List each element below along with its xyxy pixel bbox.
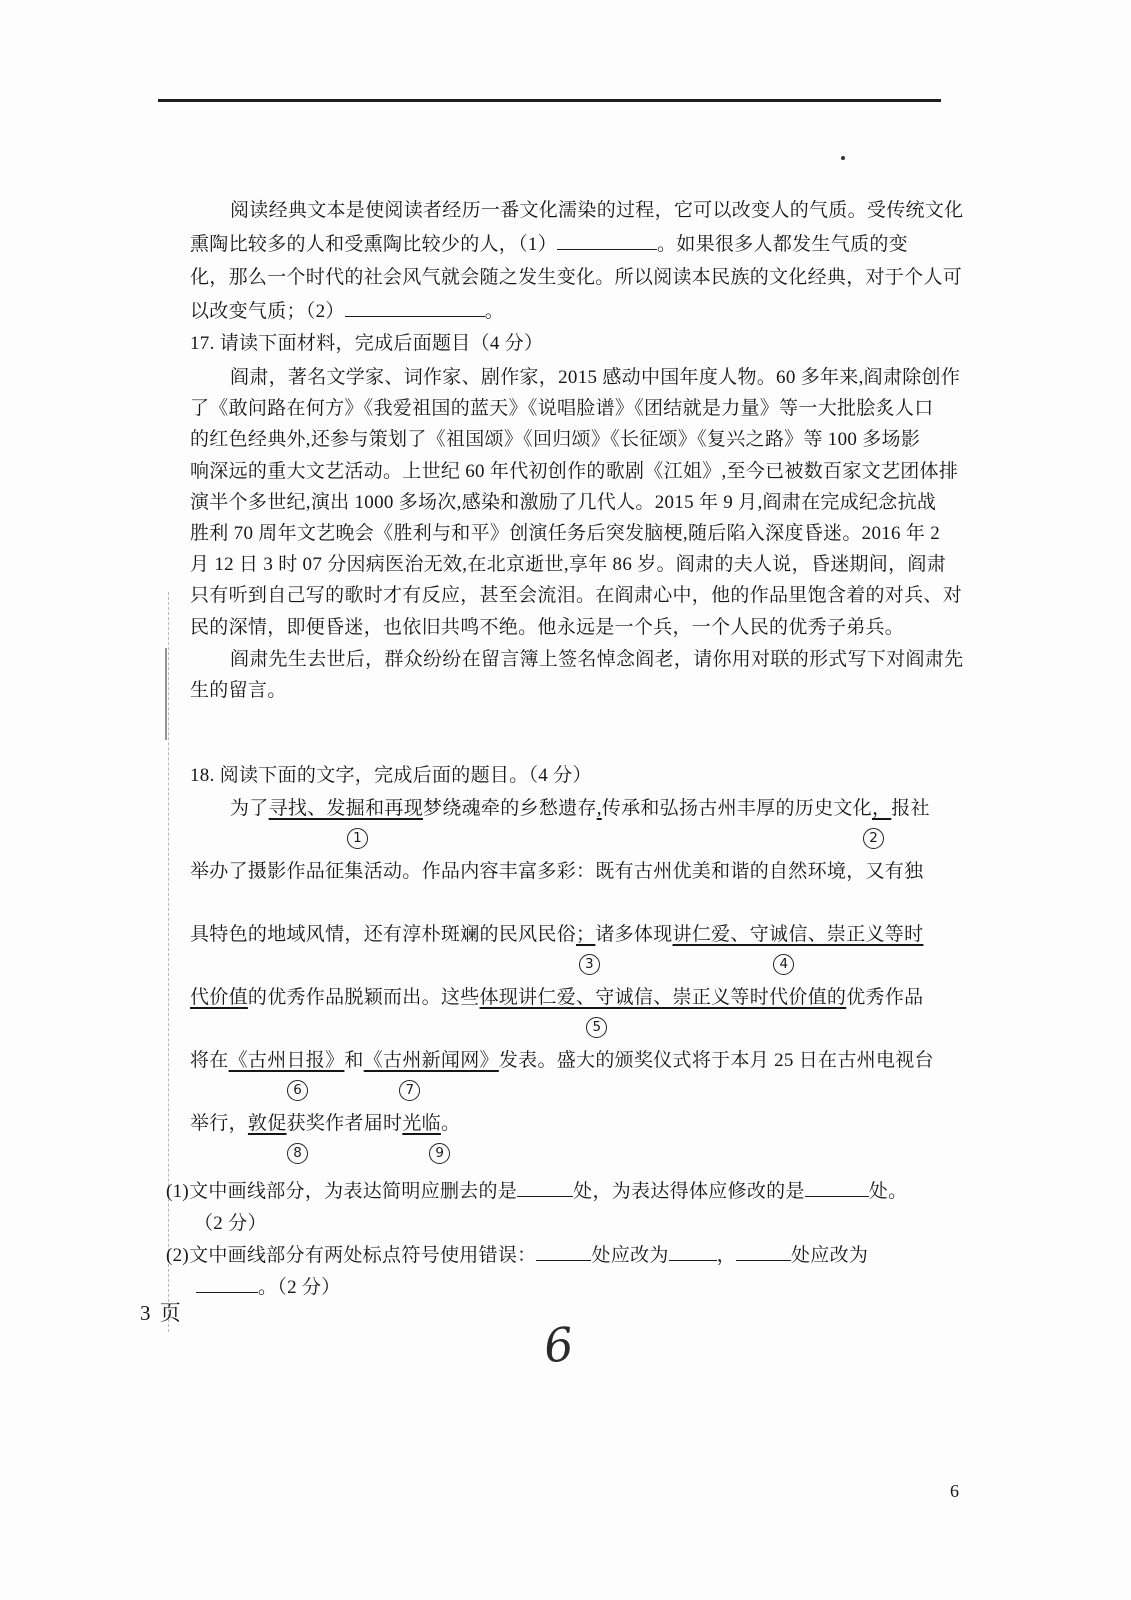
passage-line-text: 具特色的地域风情，还有淳朴斑斓的民风民俗；诸多体现讲仁爱、守诚信、崇正义等时 — [190, 923, 938, 947]
question-17-task-line: 生的留言。 — [190, 675, 938, 706]
circled-number-marker: 8 — [287, 1143, 308, 1164]
question-17-task-paragraph: 阎肃先生去世后，群众纷纷在留言簿上签名悼念阎老，请你用对联的形式写下对阎肃先生的… — [190, 644, 938, 706]
circled-number-marker: 6 — [287, 1080, 308, 1101]
text-run: 。 — [441, 1113, 460, 1134]
intro-line: 以改变气质；（2）。 — [190, 295, 938, 329]
question-17-body-line: 的红色经典外,还参与策划了《祖国颂》《回归颂》《长征颂》《复兴之路》等 100 … — [190, 424, 938, 455]
question-17-task-line: 阎肃先生去世后，群众纷纷在留言簿上签名悼念阎老，请你用对联的形式写下对阎肃先 — [190, 644, 938, 675]
passage-line: 将在《古州日报》和《古州新闻网》发表。盛大的颁奖仪式将于本月 25 日在古州电视… — [190, 1049, 938, 1112]
text-run: 生的留言。 — [190, 680, 287, 701]
underlined-text: 光临 — [402, 1113, 441, 1134]
circled-number-marker: 7 — [399, 1080, 420, 1101]
text-run: 和 — [344, 1050, 363, 1071]
underlined-text: 敦促 — [248, 1113, 287, 1134]
handwritten-page-number: 6 — [541, 1317, 576, 1374]
text-run: 演半个多世纪,演出 1000 多场次,感染和激励了几代人。2015 年 9 月,… — [190, 492, 936, 513]
text-run: 具特色的地域风情，还有淳朴斑斓的民风民俗 — [190, 924, 576, 945]
circled-number-marker: 3 — [579, 954, 600, 975]
answer-blank — [517, 1181, 573, 1197]
text-run: 响深远的重大文艺活动。上世纪 60 年代初创作的歌剧《江姐》,至今已被数百家文艺… — [190, 461, 958, 482]
intro-paragraph: 阅读经典文本是使阅读者经历一番文化濡染的过程，它可以改变人的气质。受传统文化熏陶… — [190, 194, 938, 328]
text-run: 月 12 日 3 时 07 分因病医治无效,在北京逝世,享年 86 岁。阎肃的夫… — [190, 554, 946, 575]
passage-line-text: 代价值的优秀作品脱颖而出。这些体现讲仁爱、守诚信、崇正义等时代价值的优秀作品 — [190, 986, 938, 1010]
text-run: 梦绕魂牵的乡愁遗存 — [423, 798, 597, 819]
passage-line-text: 举办了摄影作品征集活动。作品内容丰富多彩：既有古州优美和谐的自然环境，又有独 — [190, 860, 938, 884]
underlined-text: ； — [576, 924, 595, 945]
intro-line: 熏陶比较多的人和受熏陶比较少的人，（1）。如果很多人都发生气质的变 — [190, 228, 938, 262]
answer-blank — [196, 1277, 258, 1293]
circled-number-marker: 1 — [347, 828, 368, 849]
text-run: 举行， — [190, 1113, 248, 1134]
text-run: 的优秀作品脱颖而出。这些 — [248, 987, 480, 1008]
page-top-rule — [158, 99, 941, 102]
underlined-text: ， — [872, 798, 891, 819]
passage-line: 举行，敦促获奖作者届时光临。89 — [190, 1112, 938, 1175]
sub-question-line: (2)文中画线部分有两处标点符号使用错误：处应改为，处应改为 — [166, 1240, 914, 1272]
text-run: 熏陶比较多的人和受熏陶比较少的人，（1） — [190, 234, 557, 255]
text-run: 将在 — [190, 1050, 229, 1071]
footer-page-label: 3 页 — [140, 1297, 183, 1327]
underlined-text: 体现讲仁爱、守诚信、崇正义等时代价值的 — [480, 987, 847, 1008]
text-run: (1)文中画线部分，为表达简明应删去的是 — [166, 1181, 517, 1202]
question-17-body-line: 胜利 70 周年文艺晚会《胜利与和平》创演任务后突发脑梗,随后陷入深度昏迷。20… — [190, 518, 938, 549]
answer-blank — [536, 1245, 591, 1261]
text-run: 阎肃先生去世后，群众纷纷在留言簿上签名悼念阎老，请你用对联的形式写下对阎肃先 — [230, 649, 963, 670]
passage-line: 具特色的地域风情，还有淳朴斑斓的民风民俗；诸多体现讲仁爱、守诚信、崇正义等时34 — [190, 923, 938, 986]
text-run: 的红色经典外,还参与策划了《祖国颂》《回归颂》《长征颂》《复兴之路》等 100 … — [190, 429, 920, 450]
sub-question-line: （2 分） — [166, 1208, 914, 1240]
answer-blank — [557, 234, 657, 250]
text-run: 胜利 70 周年文艺晚会《胜利与和平》创演任务后突发脑梗,随后陷入深度昏迷。20… — [190, 523, 940, 544]
question-17-body-line: 民的深情，即便昏迷，也依旧共鸣不绝。他永远是一个兵，一个人民的优秀子弟兵。 — [190, 612, 938, 643]
text-run: 传承和弘扬古州丰厚的历史文化 — [602, 798, 872, 819]
question-17-body-line: 只有听到自己写的歌时才有反应，甚至会流泪。在阎肃心中，他的作品里饱含着的对兵、对 — [190, 580, 938, 611]
text-run: 以改变气质；（2） — [190, 301, 345, 322]
question-18-heading: 18. 阅读下面的文字，完成后面的题目。（4 分） — [190, 764, 938, 788]
passage-line: 代价值的优秀作品脱颖而出。这些体现讲仁爱、守诚信、崇正义等时代价值的优秀作品5 — [190, 986, 938, 1049]
text-run: 阎肃，著名文学家、词作家、剧作家，2015 感动中国年度人物。60 多年来,阎肃… — [230, 367, 960, 388]
question-17-body: 阎肃，著名文学家、词作家、剧作家，2015 感动中国年度人物。60 多年来,阎肃… — [190, 362, 938, 643]
text-run: 举办了摄影作品征集活动。作品内容丰富多彩：既有古州优美和谐的自然环境，又有独 — [190, 861, 923, 882]
text-run: 。 — [485, 301, 504, 322]
text-run: (2)文中画线部分有两处标点符号使用错误： — [166, 1245, 536, 1266]
text-run: 诸多体现 — [595, 924, 672, 945]
text-run: 优秀作品 — [846, 987, 923, 1008]
question-17-body-line: 了《敢问路在何方》《我爱祖国的蓝天》《说唱脸谱》《团结就是力量》等一大批脍炙人口 — [190, 393, 938, 424]
underlined-text: 《古州日报》 — [229, 1050, 345, 1071]
text-run: 。（2 分） — [258, 1277, 341, 1298]
question-17-body-line: 演半个多世纪,演出 1000 多场次,感染和激励了几代人。2015 年 9 月,… — [190, 487, 938, 518]
page-number: 6 — [950, 1481, 959, 1502]
text-run: 处应改为 — [591, 1245, 668, 1266]
text-run: 发表。盛大的颁奖仪式将于本月 25 日在古州电视台 — [499, 1050, 934, 1071]
text-run: 为了 — [230, 798, 269, 819]
underlined-text: 《古州新闻网》 — [364, 1050, 499, 1071]
passage-line-text: 为了寻找、发掘和再现梦绕魂牵的乡愁遗存,传承和弘扬古州丰厚的历史文化，报社 — [190, 797, 938, 821]
scan-dot-artifact — [841, 156, 845, 160]
answer-blank — [345, 301, 485, 317]
text-run: 。如果很多人都发生气质的变 — [657, 234, 908, 255]
circled-number-marker: 4 — [773, 954, 794, 975]
question-17-heading: 17. 请读下面材料，完成后面题目（4 分） — [190, 332, 938, 356]
underlined-text: 寻找、发掘和再现 — [269, 798, 423, 819]
underlined-text: 代价值 — [190, 987, 248, 1008]
question-17-body-line: 月 12 日 3 时 07 分因病医治无效,在北京逝世,享年 86 岁。阎肃的夫… — [190, 549, 938, 580]
circled-number-marker: 9 — [429, 1143, 450, 1164]
underlined-text: 讲仁爱、守诚信、崇正义等时 — [673, 924, 924, 945]
question-18-sub-questions: (1)文中画线部分，为表达简明应删去的是处，为表达得体应修改的是处。（2 分）(… — [166, 1176, 914, 1304]
text-run: （2 分） — [194, 1213, 267, 1234]
scan-margin-mark-artifact — [165, 648, 167, 740]
passage-line-text: 将在《古州日报》和《古州新闻网》发表。盛大的颁奖仪式将于本月 25 日在古州电视… — [190, 1049, 938, 1073]
text-run: 阅读经典文本是使阅读者经历一番文化濡染的过程，它可以改变人的气质。受传统文化 — [230, 200, 963, 221]
text-run: ， — [717, 1245, 736, 1266]
text-run: 处应改为 — [791, 1245, 868, 1266]
text-run: 处，为表达得体应修改的是 — [573, 1181, 805, 1202]
text-run: 只有听到自己写的歌时才有反应，甚至会流泪。在阎肃心中，他的作品里饱含着的对兵、对 — [190, 585, 962, 606]
circled-number-marker: 5 — [586, 1017, 607, 1038]
passage-line-text: 举行，敦促获奖作者届时光临。 — [190, 1112, 938, 1136]
intro-line: 化，那么一个时代的社会风气就会随之发生变化。所以阅读本民族的文化经典，对于个人可 — [190, 261, 938, 295]
text-run: 了《敢问路在何方》《我爱祖国的蓝天》《说唱脸谱》《团结就是力量》等一大批脍炙人口 — [190, 398, 934, 419]
passage-line: 为了寻找、发掘和再现梦绕魂牵的乡愁遗存,传承和弘扬古州丰厚的历史文化，报社12 — [190, 797, 938, 860]
question-17-body-line: 响深远的重大文艺活动。上世纪 60 年代初创作的歌剧《江姐》,至今已被数百家文艺… — [190, 456, 938, 487]
text-run: 民的深情，即便昏迷，也依旧共鸣不绝。他永远是一个兵，一个人民的优秀子弟兵。 — [190, 617, 904, 638]
answer-blank — [805, 1181, 869, 1197]
sub-question-line: 。（2 分） — [166, 1272, 914, 1304]
sub-question-line: (1)文中画线部分，为表达简明应删去的是处，为表达得体应修改的是处。 — [166, 1176, 914, 1208]
text-run: 化，那么一个时代的社会风气就会随之发生变化。所以阅读本民族的文化经典，对于个人可 — [190, 267, 962, 288]
answer-blank — [669, 1245, 717, 1261]
question-18-passage: 为了寻找、发掘和再现梦绕魂牵的乡愁遗存,传承和弘扬古州丰厚的历史文化，报社12举… — [190, 797, 938, 1175]
scanned-exam-page: 阅读经典文本是使阅读者经历一番文化濡染的过程，它可以改变人的气质。受传统文化熏陶… — [0, 0, 1131, 1600]
circled-number-marker: 2 — [863, 828, 884, 849]
passage-line: 举办了摄影作品征集活动。作品内容丰富多彩：既有古州优美和谐的自然环境，又有独 — [190, 860, 938, 923]
intro-line: 阅读经典文本是使阅读者经历一番文化濡染的过程，它可以改变人的气质。受传统文化 — [190, 194, 938, 228]
answer-blank — [736, 1245, 791, 1261]
text-run: 处。 — [869, 1181, 908, 1202]
question-17-body-line: 阎肃，著名文学家、词作家、剧作家，2015 感动中国年度人物。60 多年来,阎肃… — [190, 362, 938, 393]
text-run: 报社 — [891, 798, 930, 819]
text-run: 获奖作者届时 — [287, 1113, 403, 1134]
